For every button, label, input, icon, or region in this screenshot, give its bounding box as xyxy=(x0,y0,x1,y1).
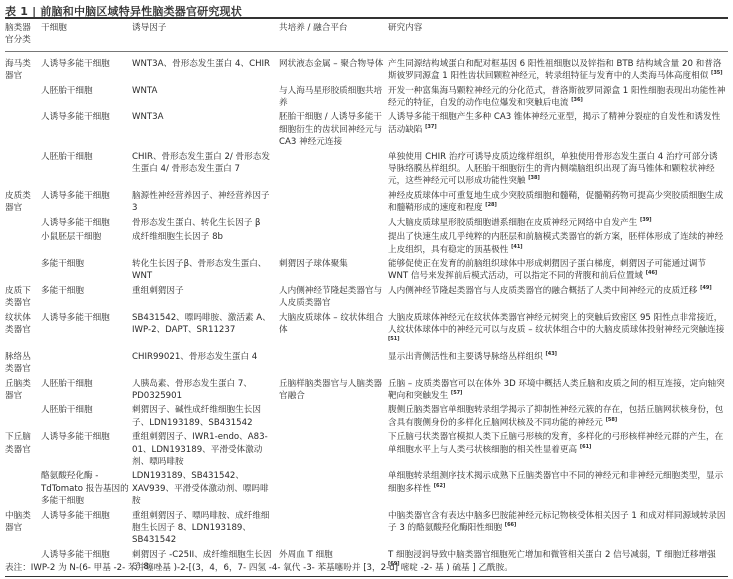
cell-stem-cell: 人诱导多能干细胞 xyxy=(41,431,132,470)
cell-platform xyxy=(279,351,388,378)
cell-content: 丘脑 – 皮质类器官可以在体外 3D 环境中概括人类丘脑和皮质之间的相互连接，定… xyxy=(388,378,728,405)
cell-platform xyxy=(279,404,388,431)
cell-category xyxy=(5,258,41,285)
table-header-row: 脑类器官分类 干细胞 诱导因子 共培养 / 融合平台 研究内容 xyxy=(5,20,728,51)
cell-platform xyxy=(279,231,388,258)
cell-factors: 转化生长因子β、骨形态发生蛋白、WNT xyxy=(132,258,279,285)
cell-content: 腹侧丘脑类器官单细胞转录组学揭示了抑制性神经元簇的存在，包括丘脑网状核身份，包含… xyxy=(388,404,728,431)
reference-citation: [35] xyxy=(711,70,723,76)
cell-factors: 成纤维细胞生长因子 8b xyxy=(132,231,279,258)
reference-citation: [49] xyxy=(700,285,712,291)
reference-citation: [58] xyxy=(606,417,618,423)
reference-citation: [36] xyxy=(571,97,583,103)
cell-factors: CHIR99021、骨形态发生蛋白 4 xyxy=(132,351,279,378)
cell-factors: 重组刺猬因子、IWR1-endo、A83-01、LDN193189、平滑受体激动… xyxy=(132,431,279,470)
cell-platform xyxy=(279,470,388,509)
reference-citation: [51] xyxy=(388,336,400,342)
cell-stem-cell: 人诱导多能干细胞 xyxy=(41,217,132,231)
cell-content: 单细胞转录组测序技术揭示成熟下丘脑类器官中不同的神经元和非神经元细胞类型，显示细… xyxy=(388,470,728,509)
cell-content: 单独使用 CHIR 治疗可诱导皮质边缘样组织，单独使用骨形态发生蛋白 4 治疗可… xyxy=(388,151,728,190)
reference-citation: [38] xyxy=(528,176,540,182)
cell-stem-cell: 人胚胎干细胞 xyxy=(41,404,132,431)
cell-factors: 刺猬因子、碱性成纤维细胞生长因子、LDN193189、SB431542 xyxy=(132,404,279,431)
cell-platform xyxy=(279,217,388,231)
reference-citation: [41] xyxy=(511,244,523,250)
cell-stem-cell: 多能干细胞 xyxy=(41,258,132,285)
cell-content: 提出了快速生成几乎纯粹的内胚层和前脑模式类器官的新方案，胚样体形成了连续的神经上… xyxy=(388,231,728,258)
cell-category: 丘脑类器官 xyxy=(5,378,41,405)
cell-platform: 丘脑样脑类器官与人脑类器官融合 xyxy=(279,378,388,405)
cell-content: 开发一种富集海马颗粒神经元的分化范式，普洛斯彼罗同源盒 1 阳性细胞表现出功能性… xyxy=(388,85,728,112)
cell-content: 显示出背侧活性和主要诱导脉络丛样组织 [43] xyxy=(388,351,728,378)
cell-category xyxy=(5,217,41,231)
cell-category: 海马类器官 xyxy=(5,51,41,84)
cell-stem-cell: 人胚胎干细胞 xyxy=(41,151,132,190)
cell-category xyxy=(5,470,41,509)
cell-content: 产生同源结构域蛋白和配对框基因 6 阳性祖细胞以及锌指和 BTB 结构域含量 2… xyxy=(388,51,728,84)
cell-factors: WNT3A、骨形态发生蛋白 4、CHIR xyxy=(132,51,279,84)
reference-citation: [62] xyxy=(434,483,446,489)
table-note: 表注：IWP-2 为 N-(6- 甲基 -2- 苯并噻唑基 )-2-[(3，4，… xyxy=(5,561,513,573)
cell-category: 中脑类器官 xyxy=(5,510,41,549)
reference-citation: [46] xyxy=(646,270,658,276)
cell-platform: 大脑皮质球体 – 纹状体组合体 xyxy=(279,312,388,351)
cell-platform xyxy=(279,190,388,217)
cell-content: 能够促使正在发育的前脑组织球体中形成刺猬因子蛋白梯度，刺猬因子可能通过调节 WN… xyxy=(388,258,728,285)
table-row: 脉络丛类器官CHIR99021、骨形态发生蛋白 4显示出背侧活性和主要诱导脉络丛… xyxy=(5,351,728,378)
cell-factors: 骨形态发生蛋白、转化生长因子 β xyxy=(132,217,279,231)
cell-category: 脉络丛类器官 xyxy=(5,351,41,378)
table-row: 人胚胎干细胞CHIR、骨形态发生蛋白 2/ 骨形态发生蛋白 4/ 骨形态发生蛋白… xyxy=(5,151,728,190)
cell-stem-cell: 人胚胎干细胞 xyxy=(41,85,132,112)
cell-stem-cell: 酪氨酸羟化酶 -TdTomato 报告基因的多能干细胞 xyxy=(41,470,132,509)
reference-citation: [43] xyxy=(545,351,557,357)
reference-citation: [66] xyxy=(505,522,517,528)
header-content: 研究内容 xyxy=(388,20,728,51)
cell-category xyxy=(5,151,41,190)
cell-content: 人大脑皮质球星形胶质细胞谱系细胞在皮质神经元网络中自发产生 [39] xyxy=(388,217,728,231)
cell-factors: 重组刺猬因子 xyxy=(132,285,279,312)
reference-citation: [28] xyxy=(485,202,497,208)
cell-stem-cell: 人诱导多能干细胞 xyxy=(41,190,132,217)
table-row: 中脑类器官人诱导多能干细胞重组刺猬因子、嘌吗啡胺、成纤维细胞生长因子 8、LDN… xyxy=(5,510,728,549)
cell-category xyxy=(5,404,41,431)
cell-stem-cell: 人胚胎干细胞 xyxy=(41,378,132,405)
cell-content: 人诱导多能干细胞产生多种 CA3 锥体神经元亚型，揭示了精神分裂症的自发性和诱发… xyxy=(388,111,728,150)
cell-factors: WNTA xyxy=(132,85,279,112)
cell-content: 人内侧神经节隆起类器官与人皮质类器官的融合概括了人类中间神经元的皮质迁移 [49… xyxy=(388,285,728,312)
table-row: 人胚胎干细胞刺猬因子、碱性成纤维细胞生长因子、LDN193189、SB43154… xyxy=(5,404,728,431)
header-platform: 共培养 / 融合平台 xyxy=(279,20,388,51)
header-stem-cell: 干细胞 xyxy=(41,20,132,51)
cell-content: 中脑类器官含有表达中脑多巴胺能神经元标记物核受体相关因子 1 和成对样同源域转录… xyxy=(388,510,728,549)
cell-content: 神经皮质球体中可重复地生成少突胶质细胞和髓鞘，促髓鞘药物可提高少突胶质细胞生成和… xyxy=(388,190,728,217)
table-row: 海马类器官人诱导多能干细胞WNT3A、骨形态发生蛋白 4、CHIR网状液态金属 … xyxy=(5,51,728,84)
cell-category: 皮质下类器官 xyxy=(5,285,41,312)
cell-platform: 胚胎干细胞 / 人诱导多能干细胞衍生的齿状回神经元与 CA3 神经元连接 xyxy=(279,111,388,150)
cell-category xyxy=(5,231,41,258)
cell-category xyxy=(5,85,41,112)
cell-platform xyxy=(279,431,388,470)
cell-stem-cell: 人诱导多能干细胞 xyxy=(41,111,132,150)
cell-category: 皮质类器官 xyxy=(5,190,41,217)
cell-stem-cell: 人诱导多能干细胞 xyxy=(41,312,132,351)
table-row: 下丘脑类器官人诱导多能干细胞重组刺猬因子、IWR1-endo、A83-01、LD… xyxy=(5,431,728,470)
cell-factors: CHIR、骨形态发生蛋白 2/ 骨形态发生蛋白 4/ 骨形态发生蛋白 7 xyxy=(132,151,279,190)
top-rule xyxy=(5,17,728,19)
cell-factors: LDN193189、SB431542、XAV939、平滑受体激动剂、嘌吗啡胺 xyxy=(132,470,279,509)
cell-category xyxy=(5,111,41,150)
cell-platform xyxy=(279,151,388,190)
cell-category: 纹状体类器官 xyxy=(5,312,41,351)
header-category: 脑类器官分类 xyxy=(5,20,41,51)
table-row: 人胚胎干细胞WNTA与人海马星形胶质细胞共培养开发一种富集海马颗粒神经元的分化范… xyxy=(5,85,728,112)
cell-factors: 重组刺猬因子、嘌吗啡胺、成纤维细胞生长因子 8、LDN193189、SB4315… xyxy=(132,510,279,549)
cell-platform: 刺猬因子球体聚集 xyxy=(279,258,388,285)
cell-stem-cell xyxy=(41,351,132,378)
table-row: 人诱导多能干细胞WNT3A胚胎干细胞 / 人诱导多能干细胞衍生的齿状回神经元与 … xyxy=(5,111,728,150)
cell-stem-cell: 人诱导多能干细胞 xyxy=(41,510,132,549)
cell-category: 下丘脑类器官 xyxy=(5,431,41,470)
reference-citation: [61] xyxy=(580,444,592,450)
header-factors: 诱导因子 xyxy=(132,20,279,51)
cell-stem-cell: 小鼠胚层干细胞 xyxy=(41,231,132,258)
reference-citation: [57] xyxy=(451,390,463,396)
table-row: 酪氨酸羟化酶 -TdTomato 报告基因的多能干细胞LDN193189、SB4… xyxy=(5,470,728,509)
cell-stem-cell: 人诱导多能干细胞 xyxy=(41,51,132,84)
table-row: 人诱导多能干细胞骨形态发生蛋白、转化生长因子 β人大脑皮质球星形胶质细胞谱系细胞… xyxy=(5,217,728,231)
cell-factors: 人胰岛素、骨形态发生蛋白 7、PD0325901 xyxy=(132,378,279,405)
cell-content: 下丘脑弓状类器官模拟人类下丘脑弓形核的发育，多样化的弓形核样神经元群的产生，在单… xyxy=(388,431,728,470)
table-row: 小鼠胚层干细胞成纤维细胞生长因子 8b提出了快速生成几乎纯粹的内胚层和前脑模式类… xyxy=(5,231,728,258)
cell-factors: SB431542、嘌吗啡胺、激活素 A、IWP-2、DAPT、SR11237 xyxy=(132,312,279,351)
cell-platform: 人内侧神经节隆起类器官与人皮质类器官 xyxy=(279,285,388,312)
reference-citation: [39] xyxy=(640,217,652,223)
cell-content: 大脑皮质球体神经元在纹状体类器官神经元树突上的突触后致密区 95 阳性点非常接近… xyxy=(388,312,728,351)
organoid-table: 脑类器官分类 干细胞 诱导因子 共培养 / 融合平台 研究内容 海马类器官人诱导… xyxy=(5,20,728,577)
cell-platform xyxy=(279,510,388,549)
table-row: 纹状体类器官人诱导多能干细胞SB431542、嘌吗啡胺、激活素 A、IWP-2、… xyxy=(5,312,728,351)
cell-factors: 脑源性神经营养因子、神经营养因子 3 xyxy=(132,190,279,217)
reference-citation: [37] xyxy=(425,124,437,130)
table-row: 多能干细胞转化生长因子β、骨形态发生蛋白、WNT刺猬因子球体聚集能够促使正在发育… xyxy=(5,258,728,285)
cell-platform: 与人海马星形胶质细胞共培养 xyxy=(279,85,388,112)
table-row: 丘脑类器官人胚胎干细胞人胰岛素、骨形态发生蛋白 7、PD0325901丘脑样脑类… xyxy=(5,378,728,405)
cell-stem-cell: 多能干细胞 xyxy=(41,285,132,312)
cell-factors: WNT3A xyxy=(132,111,279,150)
table-row: 皮质类器官人诱导多能干细胞脑源性神经营养因子、神经营养因子 3神经皮质球体中可重… xyxy=(5,190,728,217)
cell-platform: 网状液态金属 – 聚合物导体 xyxy=(279,51,388,84)
table-row: 皮质下类器官多能干细胞重组刺猬因子人内侧神经节隆起类器官与人皮质类器官人内侧神经… xyxy=(5,285,728,312)
